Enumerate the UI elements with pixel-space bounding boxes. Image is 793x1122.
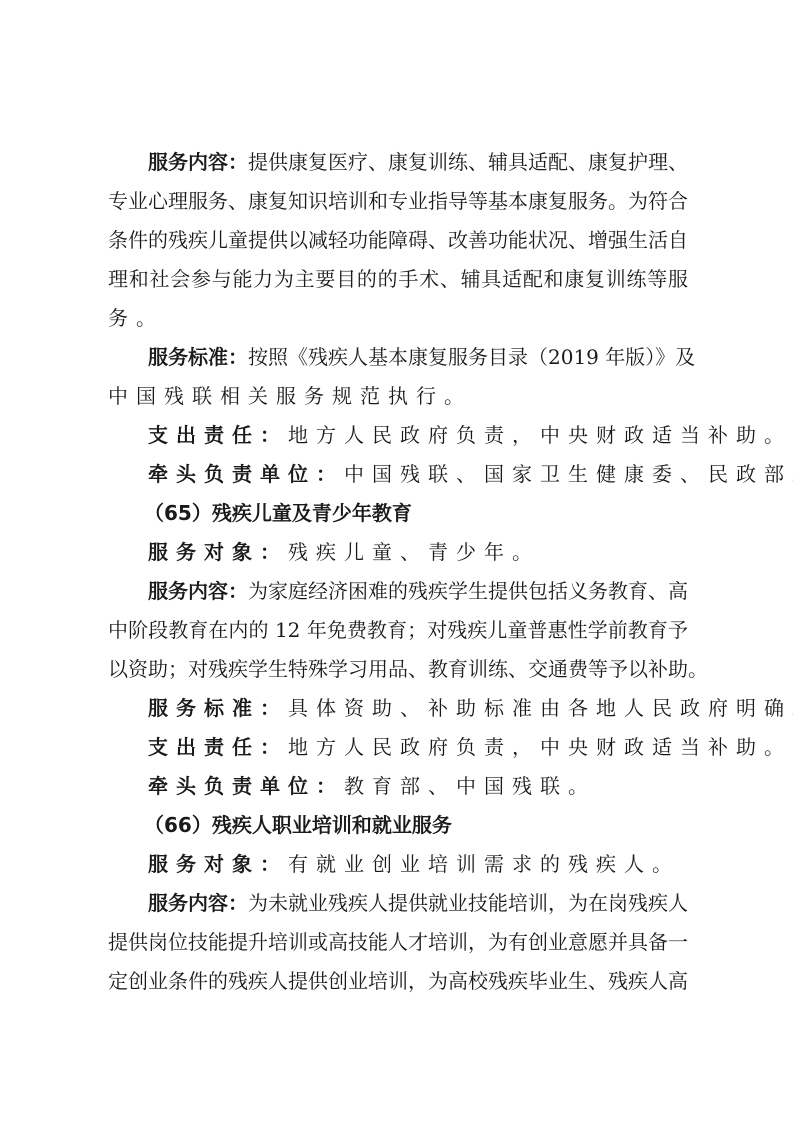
label-expense: 支出责任：: [148, 735, 288, 759]
section-heading-65: （65）残疾儿童及青少年教育: [108, 494, 688, 533]
paragraph-lead-64: 牵头负责单位：中国残联、国家卫生健康委、民政部。: [108, 455, 688, 494]
paragraph-lead-65: 牵头负责单位：教育部、中国残联。: [108, 767, 688, 806]
label-service-content: 服务内容：: [148, 579, 248, 603]
text: 具体资助、补助标准由各地人民政府明确。: [288, 696, 793, 720]
label-service-content: 服务内容：: [148, 150, 248, 174]
text: 有就业创业培训需求的残疾人。: [288, 852, 680, 876]
label-lead-unit: 牵头负责单位：: [148, 462, 344, 486]
text: 按照《残疾人基本康复服务目录（2019 年版）》及: [248, 345, 695, 369]
label-service-standard: 服务标准：: [148, 345, 248, 369]
paragraph-standard-64-line-2: 中国残联相关服务规范执行。: [108, 377, 688, 416]
paragraph-content-64-line-1: 服务内容：提供康复医疗、康复训练、辅具适配、康复护理、: [108, 143, 688, 182]
text: 地方人民政府负责，中央财政适当补助。: [288, 423, 792, 447]
label-service-target: 服务对象：: [148, 852, 288, 876]
text: 残疾儿童、青少年。: [288, 540, 540, 564]
paragraph-content-66-line-1: 服务内容：为未就业残疾人提供就业技能培训，为在岗残疾人: [108, 884, 688, 923]
paragraph-standard-65: 服务标准：具体资助、补助标准由各地人民政府明确。: [108, 689, 688, 728]
paragraph-content-65-line-2: 中阶段教育在内的 12 年免费教育；对残疾儿童普惠性学前教育予: [108, 611, 688, 650]
text: 教育部、中国残联。: [344, 774, 596, 798]
document-page: 服务内容：提供康复医疗、康复训练、辅具适配、康复护理、 专业心理服务、康复知识培…: [108, 143, 688, 1001]
text: 地方人民政府负责，中央财政适当补助。: [288, 735, 792, 759]
section-heading-66: （66）残疾人职业培训和就业服务: [108, 806, 688, 845]
paragraph-content-65-line-3: 以资助；对残疾学生特殊学习用品、教育训练、交通费等予以补助。: [108, 650, 688, 689]
paragraph-expense-64: 支出责任：地方人民政府负责，中央财政适当补助。: [108, 416, 688, 455]
paragraph-target-66: 服务对象：有就业创业培训需求的残疾人。: [108, 845, 688, 884]
paragraph-target-65: 服务对象：残疾儿童、青少年。: [108, 533, 688, 572]
paragraph-content-66-line-2: 提供岗位技能提升培训或高技能人才培训，为有创业意愿并具备一: [108, 923, 688, 962]
paragraph-content-64-line-2: 专业心理服务、康复知识培训和专业指导等基本康复服务。为符合: [108, 182, 688, 221]
label-expense: 支出责任：: [148, 423, 288, 447]
text: 提供康复医疗、康复训练、辅具适配、康复护理、: [248, 150, 688, 174]
text: 中国残联、国家卫生健康委、民政部。: [344, 462, 793, 486]
text: 为未就业残疾人提供就业技能培训，为在岗残疾人: [248, 891, 688, 915]
label-service-target: 服务对象：: [148, 540, 288, 564]
paragraph-content-64-line-4: 理和社会参与能力为主要目的的手术、辅具适配和康复训练等服: [108, 260, 688, 299]
paragraph-content-65-line-1: 服务内容：为家庭经济困难的残疾学生提供包括义务教育、高: [108, 572, 688, 611]
paragraph-content-64-line-5: 务。: [108, 299, 688, 338]
paragraph-standard-64-line-1: 服务标准：按照《残疾人基本康复服务目录（2019 年版）》及: [108, 338, 688, 377]
paragraph-expense-65: 支出责任：地方人民政府负责，中央财政适当补助。: [108, 728, 688, 767]
paragraph-content-66-line-3: 定创业条件的残疾人提供创业培训，为高校残疾毕业生、残疾人高: [108, 962, 688, 1001]
paragraph-content-64-line-3: 条件的残疾儿童提供以减轻功能障碍、改善功能状况、增强生活自: [108, 221, 688, 260]
label-service-content: 服务内容：: [148, 891, 248, 915]
text: 为家庭经济困难的残疾学生提供包括义务教育、高: [248, 579, 688, 603]
label-lead-unit: 牵头负责单位：: [148, 774, 344, 798]
label-service-standard: 服务标准：: [148, 696, 288, 720]
